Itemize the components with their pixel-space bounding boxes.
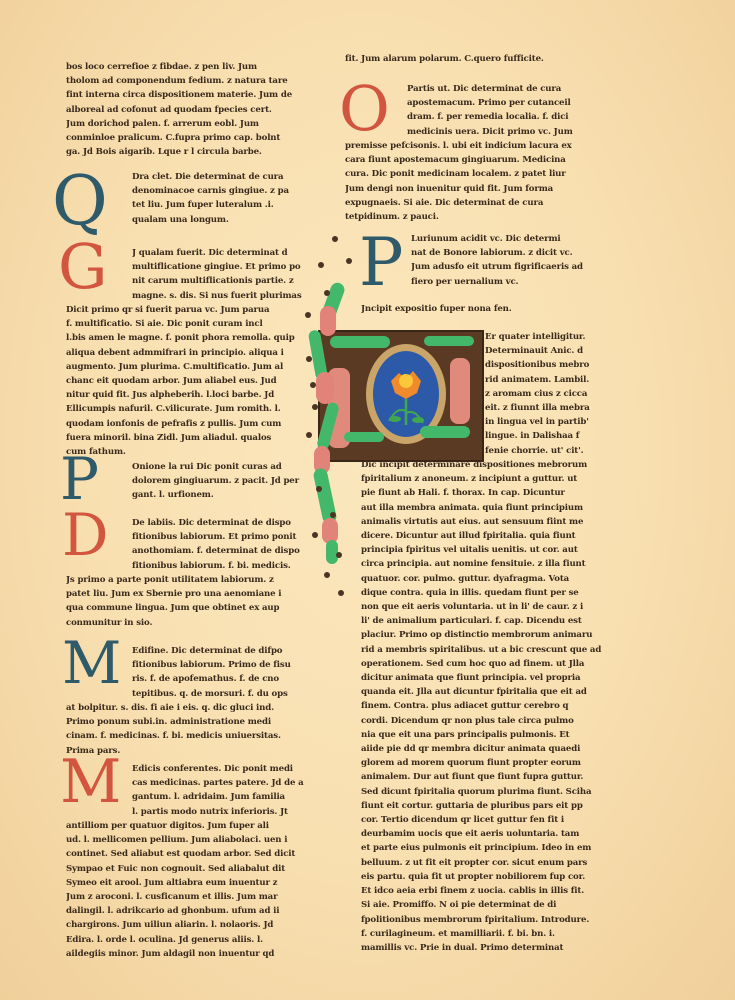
text-line: at bolpitur. s. dis. fi aie i eis. q. di… — [66, 701, 306, 715]
section-pruritum-head: Luriunum acidit vc. Dic determi nat de B… — [411, 232, 605, 289]
text-line: tetpidinum. z pauci. — [345, 210, 605, 224]
initial-p-blue: P — [60, 450, 99, 508]
text-line: pie fiunt ab Hali. f. thorax. In cap. Di… — [361, 486, 605, 500]
text-line: fpiritalium z anoneum. z incipiunt a gut… — [361, 472, 605, 486]
section-gingiva-head: J qualam fuerit. Dic determinat d multif… — [132, 246, 306, 303]
text-line: l. partis modo nutrix inferioris. Jt — [132, 805, 306, 819]
text-line: Sympao et Fuic non cognouit. Sed aliabal… — [66, 862, 306, 876]
text-line: Partis ut. Dic determinat de cura — [407, 82, 605, 96]
text-line: Edira. l. orde l. oculina. Jd generus al… — [66, 933, 306, 947]
section-medicine-head: Edifine. Dic determinat de difpo fitioni… — [132, 644, 306, 701]
text-line: tepitibus. q. de morsuri. f. du ops — [132, 687, 306, 701]
text-line: bos loco cerrefioe z fibdae. z pen liv. … — [66, 60, 306, 74]
text-line: fitionibus labiorum. Primo de fisu — [132, 658, 306, 672]
section-qualitas: Dra clet. Die determinat de cura denomin… — [132, 170, 306, 227]
text-line: fitionibus labiorum. Et primo ponit — [132, 530, 306, 544]
vine-bottom-right — [420, 426, 470, 438]
text-line: ris. f. de apofemathus. f. de cno — [132, 672, 306, 686]
text-line: cum fathum. — [66, 445, 306, 459]
section-de-labiis-head: De labiis. Dic determinat de dispo fitio… — [132, 516, 306, 573]
text-line: Ellicumpis nafuril. C.vilicurate. Jum ro… — [66, 402, 306, 416]
text-line: eis partu. quia fit ut propter nobiliore… — [361, 870, 605, 884]
section-medicis-body: antilliom per quatuor digitos. Jum fuper… — [66, 819, 306, 961]
text-line: Et idco aeia erbi finem z uocia. cablis … — [361, 884, 605, 898]
text-line: tet liu. Jum fuper luteralum .i. — [132, 198, 306, 212]
text-line: denominacoe carnis gingiue. z pa — [132, 184, 306, 198]
text-line: mamillis vc. Prie in dual. Primo determi… — [361, 941, 605, 955]
text-line: Symeo eit arool. Jum altiabra eum inuent… — [66, 876, 306, 890]
text-line: rid a membris spiritalibus. ut a bic cre… — [361, 643, 605, 657]
text-line: De labiis. Dic determinat de dispo — [132, 516, 306, 530]
text-line: Jncipit expositio fuper nona fen. — [361, 302, 605, 316]
text-line: aliqua debent admmifrari in principio. a… — [66, 346, 306, 360]
text-line: aut illa membra animata. quia fiunt prin… — [361, 501, 605, 515]
text-line: Si aie. Promiffo. N oi pie determinat de… — [361, 898, 605, 912]
section-oportet-body: premisse pefcisonis. l. ubi eit indicium… — [345, 139, 605, 224]
text-line: fiunt eit cortur. guttaria de pluribus p… — [361, 799, 605, 813]
text-line: J qualam fuerit. Dic determinat d — [132, 246, 306, 260]
text-line: Edifine. Dic determinat de difpo — [132, 644, 306, 658]
text-line: nitur quid fit. Jus alpheberih. l.loci b… — [66, 388, 306, 402]
initial-d-red: D — [62, 506, 109, 564]
text-line: Js primo a parte ponit utilitatem labior… — [66, 573, 306, 587]
text-line: fenie chorrie. ut' cit'. — [485, 444, 605, 458]
section-oportet-head: Partis ut. Dic determinat de cura aposte… — [407, 82, 605, 139]
text-line: augmento. Jum plurima. C.multificatio. J… — [66, 360, 306, 374]
text-line: ud. l. mellicomen pellium. Jum aliabolac… — [66, 833, 306, 847]
text-line: dolorem gingiuarum. z pacit. Jd per — [132, 474, 306, 488]
section-medicis-head: Edicis conferentes. Dic ponit medi cas m… — [132, 762, 306, 819]
section-illuminated-body: Dic incipit determinare dispositiones me… — [361, 458, 605, 955]
text-line: z aromam cius z cicca — [485, 387, 605, 401]
text-line: gantum. l. adridaim. Jum familia — [132, 790, 306, 804]
text-line: fpolitionibus membrorum fpiritalium. Int… — [361, 913, 605, 927]
manuscript-page: bos loco cerrefioe z fibdae. z pen liv. … — [0, 0, 735, 1000]
text-line: patet liu. Jum ex Sbernie pro una aenomi… — [66, 587, 306, 601]
text-line: aildegiis minor. Jum aldagil non inuentu… — [66, 947, 306, 961]
vine-top-left — [330, 336, 390, 348]
text-line: cor. Tertio dicendum qr licet guttur fen… — [361, 813, 605, 827]
text-line: dram. f. per remedia localia. f. dici — [407, 110, 605, 124]
text-line: Jum dorichod palen. f. arrerum eobl. Jum — [66, 117, 306, 131]
text-line: ga. Jd Bois aigarib. Lque r l circula ba… — [66, 145, 306, 159]
text-line: rid animatem. Lambil. — [485, 373, 605, 387]
text-line: cordi. Dicendum qr non plus tale circa p… — [361, 714, 605, 728]
text-line: eit. z fiunnt illa mebra — [485, 401, 605, 415]
text-line: cura. Dic ponit medicinam localem. z pat… — [345, 167, 605, 181]
text-line: operationem. Sed cum hoc quo ad finem. u… — [361, 657, 605, 671]
text-line: chanc eit quodam arbor. Jum aliabel eus.… — [66, 374, 306, 388]
initial-o-red: O — [339, 78, 390, 140]
text-line: placiur. Primo op distinctio membrorum a… — [361, 628, 605, 642]
text-line: conmunitur in sio. — [66, 616, 306, 630]
text-line: belluum. z ut fit eit propter cor. sicut… — [361, 856, 605, 870]
text-line: dicere. Dicuntur aut illud fpiritalia. q… — [361, 529, 605, 543]
text-line: lingue. in Dalishaa f — [485, 429, 605, 443]
text-line: quodam ionfonis de pefrafis z pullis. Ju… — [66, 417, 306, 431]
text-line: Determinauit Anic. d — [485, 344, 605, 358]
text-line: Dra clet. Die determinat de cura — [132, 170, 306, 184]
text-line: Jum z aroconi. l. cusficanum et illis. J… — [66, 890, 306, 904]
text-line: cinam. f. medicinas. f. bi. medicis uniu… — [66, 729, 306, 743]
incipit-rubric: Jncipit expositio fuper nona fen. — [361, 302, 605, 316]
blue-medallion — [373, 351, 439, 437]
text-line: Jum adusfo eit utrum figrificaeris ad — [411, 260, 605, 274]
text-line: Edicis conferentes. Dic ponit medi — [132, 762, 306, 776]
text-line: dalingil. l. adrikcario ad ghonbum. ufum… — [66, 904, 306, 918]
section-gingiva-body: Dicit primo qr si fuerit parua vc. Jum p… — [66, 303, 306, 459]
text-line: principia fpiritus vel uitalis uenitis. … — [361, 543, 605, 557]
text-line: fitionibus labiorum. f. bi. medicis. — [132, 559, 306, 573]
text-line: nat de Bonore labiorum. z dicit vc. — [411, 246, 605, 260]
text-line: qua commune lingua. Jum que obtinet ex a… — [66, 601, 306, 615]
text-line: f. curilagineum. et mamilliarii. f. bi. … — [361, 927, 605, 941]
text-line: glorem ad morem quorum fiunt propter eor… — [361, 756, 605, 770]
text-line: et parte eius pulmonis eit principium. I… — [361, 841, 605, 855]
text-line: animalis virtutis aut eius. aut sensuum … — [361, 515, 605, 529]
text-line: conminloe pralicum. C.fupra primo cap. b… — [66, 131, 306, 145]
text-line: Dicit primo qr si fuerit parua vc. Jum p… — [66, 303, 306, 317]
left-opening-paragraph: bos loco cerrefioe z fibdae. z pen liv. … — [66, 60, 306, 159]
acanthus-leaf-right — [450, 358, 470, 424]
text-line: magne. s. dis. Si nus fuerit plurimas — [132, 289, 306, 303]
initial-m-blue: M — [62, 634, 121, 692]
initial-m-red: M — [60, 752, 121, 812]
text-line: Onione la rui Dic ponit curas ad — [132, 460, 306, 474]
section-de-labiis-body: Js primo a parte ponit utilitatem labior… — [66, 573, 306, 630]
text-line: alboreal ad cofonut ad quodam fpecies ce… — [66, 103, 306, 117]
illuminated-initial — [318, 330, 484, 462]
section-illuminated-head: Er quater intelligitur. Determinauit Ani… — [485, 330, 605, 458]
initial-p-blue: P — [359, 230, 403, 296]
text-line: premisse pefcisonis. l. ubi eit indicium… — [345, 139, 605, 153]
text-line: fit. Jum alarum polarum. C.quero fuffici… — [345, 52, 605, 66]
text-line: fint interna circa dispositionem materie… — [66, 88, 306, 102]
text-line: Jum dengi non inuenitur quid fit. Jum fo… — [345, 182, 605, 196]
text-line: Luriunum acidit vc. Dic determi — [411, 232, 605, 246]
text-line: quanda eit. Jlla aut dicuntur fpiritalia… — [361, 685, 605, 699]
text-line: dispositionibus mebro — [485, 358, 605, 372]
text-line: Sed dicunt fpiritalia quorum plurima fiu… — [361, 785, 605, 799]
text-line: anothomiam. f. determinat de dispo — [132, 544, 306, 558]
section-putredo: Onione la rui Dic ponit curas ad dolorem… — [132, 460, 306, 503]
text-line: in lingua vel in partib' — [485, 415, 605, 429]
text-line: dicitur animata que fiunt principia. vel… — [361, 671, 605, 685]
text-line: tholom ad componendum fedium. z natura t… — [66, 74, 306, 88]
text-line: deurbamim uocis que eit aeris uoluntaria… — [361, 827, 605, 841]
text-line: finem. Contra. plus adiacet guttur cereb… — [361, 699, 605, 713]
text-line: aiide pie dd qr membra dicitur animata q… — [361, 742, 605, 756]
text-line: multiflicatione gingiue. Et primo po — [132, 260, 306, 274]
vine-bottom-left — [344, 432, 384, 442]
text-line: continet. Sed aliabut est quodam arbor. … — [66, 847, 306, 861]
right-opening-line: fit. Jum alarum polarum. C.quero fuffici… — [345, 52, 605, 66]
text-line: antilliom per quatuor digitos. Jum fuper… — [66, 819, 306, 833]
text-line: fiero per uernalium vc. — [411, 275, 605, 289]
vine-top-right — [424, 336, 474, 346]
text-line: qualam una longum. — [132, 213, 306, 227]
text-line: l.bis amen le magne. f. ponit phora remo… — [66, 331, 306, 345]
text-line: fuera minoril. bina Zidl. Jum aliadul. q… — [66, 431, 306, 445]
text-line: circa principia. aut nomine fensituie. z… — [361, 557, 605, 571]
text-line: medicinis uera. Dicit primo vc. Jum — [407, 125, 605, 139]
text-line: Primo ponum subi.in. administratione med… — [66, 715, 306, 729]
flower-icon — [373, 351, 439, 437]
text-line: non que eit aeris voluntaria. ut in li' … — [361, 600, 605, 614]
text-line: li' de animalium particulari. f. cap. Di… — [361, 614, 605, 628]
initial-g-red: G — [58, 236, 108, 298]
text-line: nit carum multiflicationis partie. z — [132, 274, 306, 288]
initial-q-blue: Q — [52, 168, 108, 236]
text-line: gant. l. urfionem. — [132, 488, 306, 502]
text-line: cas medicinas. partes patere. Jd de a — [132, 776, 306, 790]
text-line: cara fiunt apostemacum gingiuarum. Medic… — [345, 153, 605, 167]
text-line: dique contra. quia in illis. quedam fiun… — [361, 586, 605, 600]
text-line: nia que eit una pars principalis pulmoni… — [361, 728, 605, 742]
text-line: chargirons. Jum uiliun aliarin. l. nolao… — [66, 918, 306, 932]
text-line: quatuor. cor. pulmo. guttur. dyafragma. … — [361, 572, 605, 586]
text-line: f. multificatio. Si aie. Dic ponit curam… — [66, 317, 306, 331]
text-line: expugnaeis. Si aie. Dic determinat de cu… — [345, 196, 605, 210]
text-line: Er quater intelligitur. — [485, 330, 605, 344]
text-line: apostemacum. Primo per cutanceil — [407, 96, 605, 110]
text-line: animalem. Dur aut fiunt que fiunt fupra … — [361, 770, 605, 784]
